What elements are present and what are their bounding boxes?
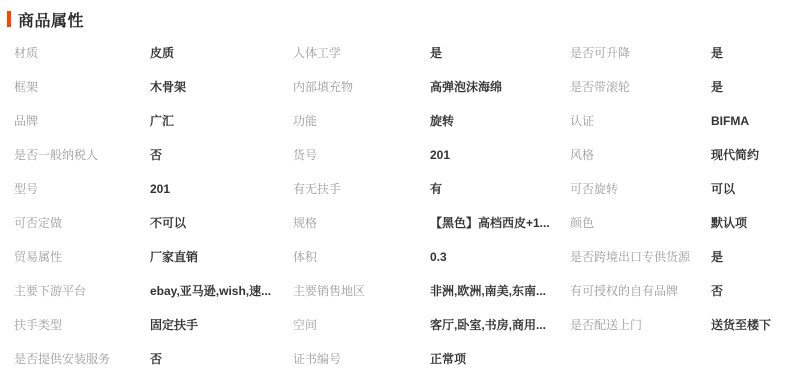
attributes-grid: 材质皮质人体工学是是否可升降是框架木骨架内部填充物高弹泡沫海绵是否带滚轮是品牌广… [0,34,800,376]
attr-label: 货号 [293,138,430,172]
attr-value: 201 [150,172,293,206]
attr-value: 客厅,卧室,书房,商用... [430,308,570,342]
attr-label: 贸易属性 [14,240,150,274]
attr-value: 否 [711,274,800,308]
attr-label: 材质 [14,36,150,70]
attr-value: 默认项 [711,206,800,240]
attr-label: 内部填充物 [293,70,430,104]
attr-label: 可否旋转 [570,172,711,206]
attr-label: 规格 [293,206,430,240]
attr-value: ebay,亚马逊,wish,速... [150,274,293,308]
attr-label: 功能 [293,104,430,138]
attr-value: 有 [430,172,570,206]
attr-value: 201 [430,138,570,172]
attr-value: 不可以 [150,206,293,240]
page-title: 商品属性 [18,8,84,31]
attr-label: 扶手类型 [14,308,150,342]
attr-value: 广汇 [150,104,293,138]
attr-label: 人体工学 [293,36,430,70]
attr-value: 非洲,欧洲,南美,东南... [430,274,570,308]
attr-value: 高弹泡沫海绵 [430,70,570,104]
attr-label: 是否一般纳税人 [14,138,150,172]
attr-value: 【黑色】高档西皮+1... [430,206,570,240]
attr-label: 品牌 [14,104,150,138]
attr-label: 有可授权的自有品牌 [570,274,711,308]
attr-value: 是 [711,36,800,70]
attr-value: 皮质 [150,36,293,70]
attr-label: 风格 [570,138,711,172]
attr-value: 是 [430,36,570,70]
attr-label: 是否配送上门 [570,308,711,342]
attr-label: 有无扶手 [293,172,430,206]
attr-value: 木骨架 [150,70,293,104]
attr-label: 框架 [14,70,150,104]
attr-value: BIFMA [711,104,800,138]
attr-label: 体积 [293,240,430,274]
attr-label: 是否提供安装服务 [14,342,150,376]
accent-bar [7,11,11,27]
attr-label: 是否可升降 [570,36,711,70]
attr-value: 是 [711,70,800,104]
attr-value: 0.3 [430,240,570,274]
product-attributes-panel: 商品属性 材质皮质人体工学是是否可升降是框架木骨架内部填充物高弹泡沫海绵是否带滚… [0,0,800,386]
attr-value: 厂家直销 [150,240,293,274]
attr-label: 型号 [14,172,150,206]
attr-label: 空间 [293,308,430,342]
attr-label: 是否带滚轮 [570,70,711,104]
attr-label: 认证 [570,104,711,138]
attr-label: 主要下游平台 [14,274,150,308]
attr-label: 主要销售地区 [293,274,430,308]
section-header: 商品属性 [0,0,800,34]
attr-value: 否 [150,342,293,376]
attr-label: 证书编号 [293,342,430,376]
attr-value: 是 [711,240,800,274]
attr-label: 颜色 [570,206,711,240]
attr-value: 旋转 [430,104,570,138]
attr-value: 可以 [711,172,800,206]
attr-value: 固定扶手 [150,308,293,342]
attr-label: 可否定做 [14,206,150,240]
attr-value: 现代简约 [711,138,800,172]
attr-label: 是否跨境出口专供货源 [570,240,711,274]
attr-value: 否 [150,138,293,172]
attr-value: 送货至楼下 [711,308,800,342]
attr-value: 正常项 [430,342,570,376]
